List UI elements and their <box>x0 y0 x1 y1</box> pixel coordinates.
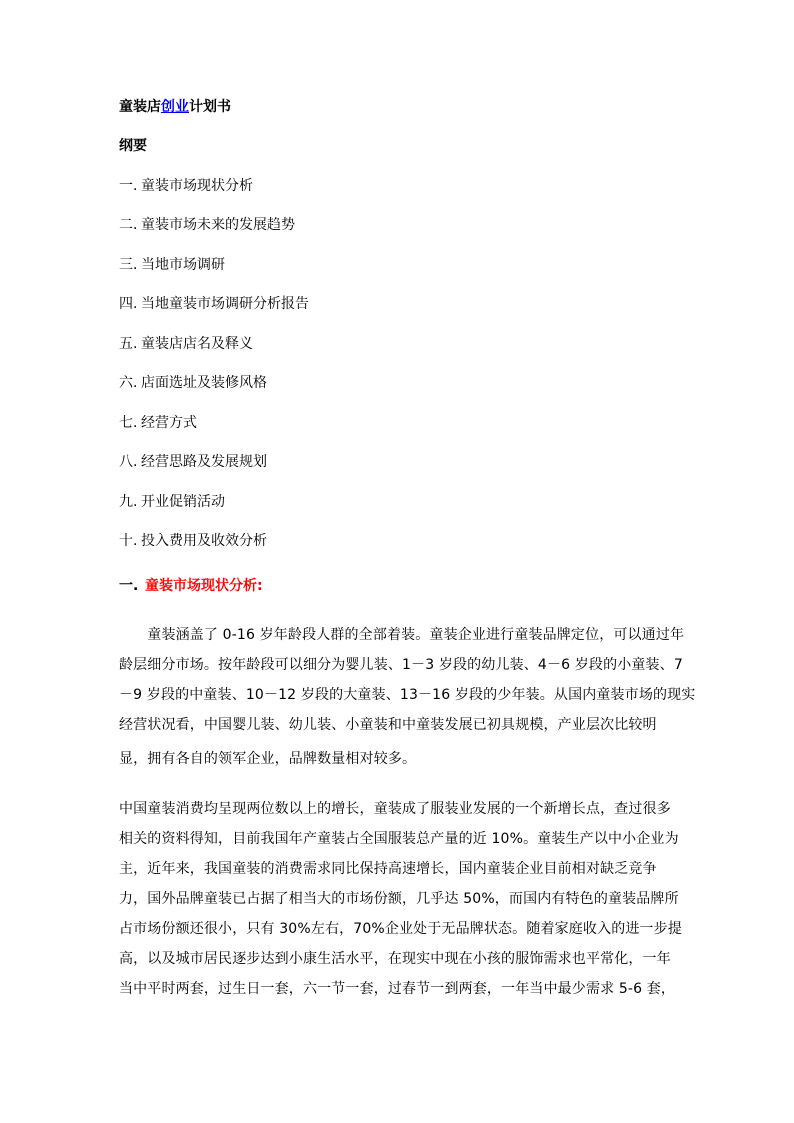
toc-item: 一.童装市场现状分析 <box>119 178 253 194</box>
toc-item: 二.童装市场未来的发展趋势 <box>119 217 295 233</box>
toc-label: 经营方式 <box>141 415 197 431</box>
toc-label: 开业促销活动 <box>141 494 225 510</box>
toc-number: 八. <box>119 454 141 470</box>
paragraph-line: 经营状况看，中国婴儿装、幼儿装、小童装和中童装发展已初具规模，产业层次比较明 <box>119 717 657 733</box>
toc-label: 投入费用及收效分析 <box>141 533 267 549</box>
toc-item: 四.当地童装市场调研分析报告 <box>119 296 309 312</box>
toc-item: 九.开业促销活动 <box>119 494 225 510</box>
toc-number: 九. <box>119 494 141 510</box>
paragraph-line: 龄层细分市场。按年龄段可以细分为婴儿装、1－3 岁段的幼儿装、4－6 岁段的小童… <box>119 657 683 673</box>
paragraph-line: －9 岁段的中童装、10－12 岁段的大童装、13－16 岁段的少年装。从国内童… <box>119 687 695 703</box>
paragraph-line: 显，拥有各自的领军企业，品牌数量相对较多。 <box>119 751 416 767</box>
paragraph-line: 高，以及城市居民逐步达到小康生活水平，在现实中现在小孩的服饰需求也平常化，一年 <box>119 951 671 967</box>
toc-item: 五.童装店店名及释义 <box>119 336 253 352</box>
paragraph-line: 中国童装消费均呈现两位数以上的增长，童装成了服装业发展的一个新增长点，查过很多 <box>119 801 671 817</box>
toc-number: 七. <box>119 415 141 431</box>
toc-item: 十.投入费用及收效分析 <box>119 533 267 549</box>
toc-number: 五. <box>119 336 141 352</box>
section-number: 一. <box>119 578 145 594</box>
title-prefix: 童装店 <box>119 99 161 115</box>
section-title: 童装市场现状分析: <box>145 578 263 594</box>
paragraph-line: 当中平时两套，过生日一套，六一节一套，过春节一到两套，一年当中最少需求 5-6 … <box>119 981 675 997</box>
toc-item: 三.当地市场调研 <box>119 257 225 273</box>
document-page: 童装店创业计划书 纲要 一.童装市场现状分析 二.童装市场未来的发展趋势 三.当… <box>0 0 794 1123</box>
title-link-chuangye[interactable]: 创业 <box>161 99 189 115</box>
toc-number: 三. <box>119 257 141 273</box>
toc-number: 十. <box>119 533 141 549</box>
document-title: 童装店创业计划书 <box>119 99 231 115</box>
toc-label: 经营思路及发展规划 <box>141 454 267 470</box>
toc-label: 当地童装市场调研分析报告 <box>141 296 309 312</box>
toc-label: 童装店店名及释义 <box>141 336 253 352</box>
toc-number: 一. <box>119 178 141 194</box>
toc-item: 八.经营思路及发展规划 <box>119 454 267 470</box>
toc-label: 童装市场未来的发展趋势 <box>141 217 295 233</box>
summary-heading: 纲要 <box>119 138 147 154</box>
toc-number: 二. <box>119 217 141 233</box>
toc-number: 六. <box>119 375 141 391</box>
toc-item: 七.经营方式 <box>119 415 197 431</box>
paragraph-line: 主，近年来，我国童装的消费需求同比保持高速增长，国内童装企业目前相对缺乏竞争 <box>119 861 657 877</box>
toc-label: 店面选址及装修风格 <box>141 375 267 391</box>
toc-label: 童装市场现状分析 <box>141 178 253 194</box>
paragraph-line: 童装涵盖了 0-16 岁年龄段人群的全部着装。童装企业进行童装品牌定位，可以通过… <box>119 627 684 643</box>
title-suffix: 计划书 <box>189 99 231 115</box>
paragraph-line: 力，国外品牌童装已占据了相当大的市场份额，几乎达 50%，而国内有特色的童装品牌… <box>119 891 679 907</box>
paragraph-line: 相关的资料得知，目前我国年产童装占全国服装总产量的近 10%。童装生产以中小企业… <box>119 831 679 847</box>
toc-number: 四. <box>119 296 141 312</box>
section-heading: 一.童装市场现状分析: <box>119 578 263 594</box>
toc-label: 当地市场调研 <box>141 257 225 273</box>
paragraph-line: 占市场份额还很小，只有 30%左右，70%企业处于无品牌状态。随着家庭收入的进一… <box>119 921 682 937</box>
toc-item: 六.店面选址及装修风格 <box>119 375 267 391</box>
